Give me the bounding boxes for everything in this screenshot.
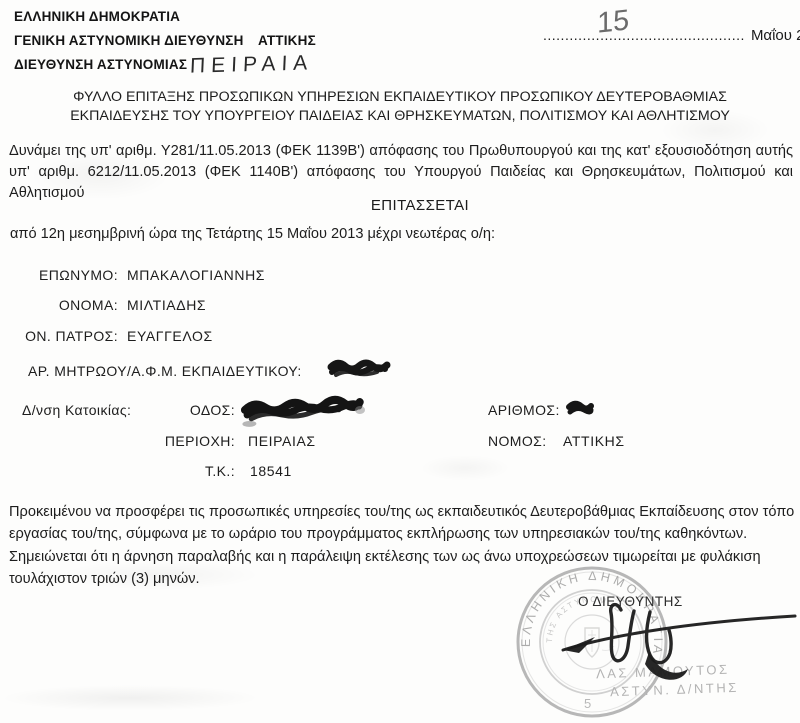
street-label: ΟΔΟΣ:: [135, 402, 235, 418]
date-dotted-line: ........................................…: [543, 27, 745, 43]
registry-afm-label: ΑΡ. ΜΗΤΡΩΟΥ/Α.Φ.Μ. ΕΚΠΑΙΔΕΥΤΙΚΟΥ:: [28, 363, 302, 379]
handwritten-city: ΠΕΙΡΑΙΑ: [189, 51, 313, 78]
postal-code-label: Τ.Κ.:: [135, 463, 235, 479]
signature-scribble: [545, 586, 800, 698]
redaction-scribble-street: [241, 394, 366, 428]
date-line: ........................................…: [543, 27, 800, 45]
residence-section-label: Δ/νση Κατοικίας:: [22, 402, 131, 418]
letterhead-line-3: ΔΙΕΥΘΥΝΣΗ ΑΣΤΥΝΟΜΙΑΣ: [14, 57, 187, 72]
street-number-label: ΑΡΙΘΜΟΣ:: [488, 402, 560, 418]
father-name-label: ΟΝ. ΠΑΤΡΟΣ:: [8, 328, 118, 344]
letterhead-line-2-right: ΑΤΤΙΚΗΣ: [258, 33, 316, 48]
area-value: ΠΕΙΡΑΙΑΣ: [248, 433, 316, 449]
seal-bottom-mark: 5: [584, 696, 591, 711]
father-name-value: ΕΥΑΓΓΕΛΟΣ: [127, 328, 213, 344]
prefecture-label: ΝΟΜΟΣ:: [488, 433, 547, 449]
order-intro: από 12η μεσημβρινή ώρα της Τετάρτης 15 Μ…: [10, 224, 495, 245]
document-title-line-1: ΦΥΛΛΟ ΕΠΙΤΑΞΗΣ ΠΡΟΣΩΠΙΚΩΝ ΥΠΗΡΕΣΙΩΝ ΕΚΠΑ…: [0, 88, 800, 107]
firstname-value: ΜΙΛΤΙΑΔΗΣ: [127, 297, 206, 313]
postal-code-value: 18541: [250, 463, 292, 479]
letterhead-line-2-left: ΓΕΝΙΚΗ ΑΣΤΥΝΟΜΙΚΗ ΔΙΕΥΘΥΝΣΗ: [14, 33, 244, 48]
redaction-scribble-afm: [327, 358, 393, 380]
firstname-label: ΟΝΟΜΑ:: [8, 297, 118, 313]
handwritten-day: 15: [597, 4, 629, 41]
letterhead-line-1: ΕΛΛΗΝΙΚΗ ΔΗΜΟΚΡΑΤΙΑ: [14, 9, 180, 24]
redaction-scribble-number: [565, 400, 595, 418]
legal-basis-paragraph: Δυνάμει της υπ' αριθμ. Υ281/11.05.2013 (…: [9, 141, 793, 203]
prefecture-value: ΑΤΤΙΚΗΣ: [563, 433, 625, 449]
order-heading: ΕΠΙΤΑΣΣΕΤΑΙ: [20, 197, 800, 214]
scan-noise: [0, 685, 260, 711]
scanned-document-page: ΕΛΛΗΝΙΚΗ ΔΗΜΟΚΡΑΤΙΑ ΓΕΝΙΚΗ ΑΣΤΥΝΟΜΙΚΗ ΔΙ…: [0, 0, 800, 723]
document-title-line-2: ΕΚΠΑΙΔΕΥΣΗΣ ΤΟΥ ΥΠΟΥΡΓΕΙΟΥ ΠΑΙΔΕΙΑΣ ΚΑΙ …: [0, 107, 800, 126]
scan-noise: [420, 455, 510, 481]
area-label: ΠΕΡΙΟΧΗ:: [135, 433, 235, 449]
surname-value: ΜΠΑΚΑΛΟΓΙΑΝΝΗΣ: [127, 267, 265, 283]
date-month-year: Μαΐου 2013: [751, 27, 800, 44]
surname-label: ΕΠΩΝΥΜΟ:: [8, 267, 118, 283]
